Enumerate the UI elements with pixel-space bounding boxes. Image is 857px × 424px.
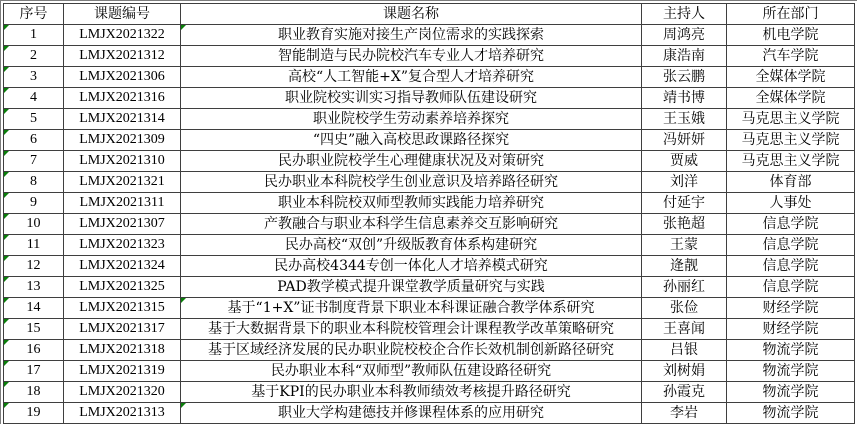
seq-cell-text: 19 — [27, 405, 41, 420]
seq-cell-text: 6 — [30, 132, 37, 147]
leader-cell[interactable]: 付延宇 — [642, 193, 727, 214]
cell-error-flag-icon — [4, 67, 9, 72]
dept-cell[interactable]: 全媒体学院 — [727, 67, 855, 88]
table-row: 13LMJX2021325PAD教学模式提升课堂教学质量研究与实践孙丽红信息学院 — [4, 277, 855, 298]
cell-error-flag-icon — [4, 193, 9, 198]
seq-cell[interactable]: 18 — [4, 382, 64, 403]
code-cell-text: LMJX2021320 — [79, 384, 165, 399]
leader-cell[interactable]: 康浩南 — [642, 46, 727, 67]
leader-cell[interactable]: 张俭 — [642, 298, 727, 319]
dept-cell[interactable]: 马克思主义学院 — [727, 109, 855, 130]
leader-cell-text: 康浩南 — [663, 48, 705, 64]
seq-cell[interactable]: 2 — [4, 46, 64, 67]
title-cell-text: 民办高校4344专创一体化人才培养模式研究 — [274, 258, 548, 274]
column-header-leader[interactable]: 主持人 — [642, 4, 727, 25]
title-cell-text: 智能制造与民办院校汽车专业人才培养研究 — [278, 48, 544, 64]
title-cell-text: 基于区域经济发展的民办职业院校校企合作长效机制创新路径研究 — [208, 342, 614, 358]
dept-cell-text: 物流学院 — [763, 384, 819, 400]
cell-error-flag-icon — [4, 151, 9, 156]
code-cell-text: LMJX2021306 — [79, 69, 165, 84]
title-cell[interactable]: PAD教学模式提升课堂教学质量研究与实践 — [181, 277, 642, 298]
code-cell-text: LMJX2021323 — [79, 237, 165, 252]
title-cell[interactable]: 职业大学构建德技并修课程体系的应用研究 — [181, 403, 642, 424]
title-cell-text: PAD教学模式提升课堂教学质量研究与实践 — [277, 279, 544, 295]
leader-cell-text: 逄靓 — [670, 258, 698, 274]
code-cell-text: LMJX2021309 — [79, 132, 165, 147]
code-cell-text: LMJX2021313 — [79, 405, 165, 420]
title-cell[interactable]: 智能制造与民办院校汽车专业人才培养研究 — [181, 46, 642, 67]
dept-cell[interactable]: 信息学院 — [727, 235, 855, 256]
dept-cell[interactable]: 汽车学院 — [727, 46, 855, 67]
seq-cell[interactable]: 6 — [4, 130, 64, 151]
table-row: 1LMJX2021322职业教育实施对接生产岗位需求的实践探索周鸿亮机电学院 — [4, 25, 855, 46]
seq-cell[interactable]: 14 — [4, 298, 64, 319]
code-cell[interactable]: LMJX2021310 — [64, 151, 181, 172]
dept-cell-text: 汽车学院 — [763, 48, 819, 64]
dept-cell-text: 信息学院 — [763, 216, 819, 232]
leader-cell[interactable]: 张艳超 — [642, 214, 727, 235]
code-cell[interactable]: LMJX2021316 — [64, 88, 181, 109]
title-cell[interactable]: 职业院校实训实习指导教师队伍建设研究 — [181, 88, 642, 109]
leader-cell-text: 孙丽红 — [663, 279, 705, 295]
title-cell-text: 民办职业本科“双师型”教师队伍建设路径研究 — [271, 363, 551, 379]
leader-cell-text: 王喜闻 — [663, 321, 705, 337]
table-row: 16LMJX2021318基于区域经济发展的民办职业院校校企合作长效机制创新路径… — [4, 340, 855, 361]
seq-cell-text: 18 — [27, 384, 41, 399]
cell-error-flag-icon — [4, 109, 9, 114]
title-cell[interactable]: 基于区域经济发展的民办职业院校校企合作长效机制创新路径研究 — [181, 340, 642, 361]
leader-cell[interactable]: 刘树娟 — [642, 361, 727, 382]
code-cell-text: LMJX2021310 — [79, 153, 165, 168]
title-cell[interactable]: 民办高校4344专创一体化人才培养模式研究 — [181, 256, 642, 277]
title-cell-text: 职业院校实训实习指导教师队伍建设研究 — [285, 90, 537, 106]
dept-cell[interactable]: 物流学院 — [727, 403, 855, 424]
leader-cell-text: 周鸿亮 — [663, 27, 705, 43]
seq-cell[interactable]: 9 — [4, 193, 64, 214]
table-row: 7LMJX2021310民办职业院校学生心理健康状况及对策研究贾威马克思主义学院 — [4, 151, 855, 172]
code-cell-text: LMJX2021315 — [79, 300, 165, 315]
dept-cell-text: 财经学院 — [763, 321, 819, 337]
leader-cell-text: 刘洋 — [670, 174, 698, 190]
code-cell[interactable]: LMJX2021313 — [64, 403, 181, 424]
title-cell[interactable]: 基于KPI的民办职业本科教师绩效考核提升路径研究 — [181, 382, 642, 403]
dept-cell[interactable]: 物流学院 — [727, 340, 855, 361]
seq-cell[interactable]: 5 — [4, 109, 64, 130]
dept-cell[interactable]: 马克思主义学院 — [727, 151, 855, 172]
seq-cell[interactable]: 13 — [4, 277, 64, 298]
title-cell[interactable]: 民办职业本科“双师型”教师队伍建设路径研究 — [181, 361, 642, 382]
code-cell-text: LMJX2021317 — [79, 321, 165, 336]
dept-cell-text: 信息学院 — [763, 258, 819, 274]
code-cell[interactable]: LMJX2021315 — [64, 298, 181, 319]
leader-cell-text: 贾威 — [670, 153, 698, 169]
seq-cell[interactable]: 19 — [4, 403, 64, 424]
title-cell-text: 职业本科院校双师型教师实践能力培养研究 — [278, 195, 544, 211]
code-cell[interactable]: LMJX2021309 — [64, 130, 181, 151]
table-row: 3LMJX2021306高校“人工智能+X”复合型人才培养研究张云鹏全媒体学院 — [4, 67, 855, 88]
cell-error-flag-icon — [4, 46, 9, 51]
dept-cell[interactable]: 信息学院 — [727, 214, 855, 235]
spreadsheet-view: 序号 课题编号 课题名称 主持人 所在部门 1LMJX2021322职业教育实施… — [0, 0, 857, 424]
code-cell[interactable]: LMJX2021322 — [64, 25, 181, 46]
dept-cell-text: 全媒体学院 — [756, 90, 826, 106]
leader-cell-text: 李岩 — [670, 405, 698, 421]
seq-cell-text: 7 — [30, 153, 37, 168]
code-cell[interactable]: LMJX2021311 — [64, 193, 181, 214]
seq-cell-text: 8 — [30, 174, 37, 189]
leader-cell[interactable]: 贾威 — [642, 151, 727, 172]
leader-cell[interactable]: 刘洋 — [642, 172, 727, 193]
code-cell-text: LMJX2021321 — [79, 174, 165, 189]
dept-cell-text: 马克思主义学院 — [742, 132, 840, 148]
table-row: 9LMJX2021311职业本科院校双师型教师实践能力培养研究付延宇人事处 — [4, 193, 855, 214]
dept-cell[interactable]: 财经学院 — [727, 298, 855, 319]
seq-cell-text: 2 — [30, 48, 37, 63]
title-cell[interactable]: 民办职业院校学生心理健康状况及对策研究 — [181, 151, 642, 172]
dept-cell-text: 信息学院 — [763, 279, 819, 295]
code-cell-text: LMJX2021312 — [79, 48, 165, 63]
code-cell[interactable]: LMJX2021307 — [64, 214, 181, 235]
title-cell-text: 高校“人工智能+X”复合型人才培养研究 — [288, 69, 534, 85]
table-row: 18LMJX2021320基于KPI的民办职业本科教师绩效考核提升路径研究孙霞克… — [4, 382, 855, 403]
title-cell[interactable]: 基于“1+X”证书制度背景下职业本科课证融合教学体系研究 — [181, 298, 642, 319]
seq-cell[interactable]: 4 — [4, 88, 64, 109]
leader-cell[interactable]: 张云鹏 — [642, 67, 727, 88]
dept-cell[interactable]: 机电学院 — [727, 25, 855, 46]
dept-cell-text: 机电学院 — [763, 27, 819, 43]
code-cell-text: LMJX2021319 — [79, 363, 165, 378]
seq-cell[interactable]: 8 — [4, 172, 64, 193]
table-row: 6LMJX2021309“四史”融入高校思政课路径探究冯妍妍马克思主义学院 — [4, 130, 855, 151]
leader-cell[interactable]: 王玉娥 — [642, 109, 727, 130]
seq-cell[interactable]: 7 — [4, 151, 64, 172]
seq-cell[interactable]: 15 — [4, 319, 64, 340]
seq-cell-text: 5 — [30, 111, 37, 126]
table-row: 17LMJX2021319民办职业本科“双师型”教师队伍建设路径研究刘树娟物流学… — [4, 361, 855, 382]
title-cell[interactable]: 民办高校“双创”升级版教育体系构建研究 — [181, 235, 642, 256]
title-cell-text: 基于大数据背景下的职业本科院校管理会计课程教学改革策略研究 — [208, 321, 614, 337]
title-cell-text: 职业教育实施对接生产岗位需求的实践探索 — [278, 27, 544, 43]
code-cell[interactable]: LMJX2021325 — [64, 277, 181, 298]
dept-cell-text: 体育部 — [770, 174, 812, 190]
leader-cell-text: 王玉娥 — [663, 111, 705, 127]
cell-error-flag-icon — [4, 25, 9, 30]
seq-cell-text: 1 — [30, 27, 37, 42]
title-cell-text: 职业大学构建德技并修课程体系的应用研究 — [278, 405, 544, 421]
dept-cell[interactable]: 信息学院 — [727, 277, 855, 298]
dept-cell-text: 全媒体学院 — [756, 69, 826, 85]
seq-cell[interactable]: 17 — [4, 361, 64, 382]
table-row: 15LMJX2021317基于大数据背景下的职业本科院校管理会计课程教学改革策略… — [4, 319, 855, 340]
title-cell-text: 民办职业本科院校学生创业意识及培养路径研究 — [264, 174, 558, 190]
seq-cell-text: 11 — [27, 237, 40, 252]
seq-cell-text: 16 — [27, 342, 41, 357]
dept-cell[interactable]: 马克思主义学院 — [727, 130, 855, 151]
code-cell[interactable]: LMJX2021321 — [64, 172, 181, 193]
cell-error-flag-icon — [4, 298, 9, 303]
cell-error-flag-icon — [4, 235, 9, 240]
dept-cell[interactable]: 信息学院 — [727, 256, 855, 277]
code-cell[interactable]: LMJX2021318 — [64, 340, 181, 361]
header-row: 序号 课题编号 课题名称 主持人 所在部门 — [4, 4, 855, 25]
leader-cell[interactable]: 靖书博 — [642, 88, 727, 109]
leader-cell[interactable]: 吕银 — [642, 340, 727, 361]
leader-cell-text: 张俭 — [670, 300, 698, 316]
seq-cell[interactable]: 11 — [4, 235, 64, 256]
table-row: 11LMJX2021323民办高校“双创”升级版教育体系构建研究王蒙信息学院 — [4, 235, 855, 256]
table-row: 12LMJX2021324民办高校4344专创一体化人才培养模式研究逄靓信息学院 — [4, 256, 855, 277]
seq-cell-text: 4 — [30, 90, 37, 105]
code-cell[interactable]: LMJX2021312 — [64, 46, 181, 67]
title-cell-text: “四史”融入高校思政课路径探究 — [313, 132, 509, 148]
dept-cell-text: 人事处 — [770, 195, 812, 211]
seq-cell[interactable]: 1 — [4, 25, 64, 46]
cell-error-flag-icon — [181, 25, 186, 30]
seq-cell[interactable]: 12 — [4, 256, 64, 277]
code-cell-text: LMJX2021325 — [79, 279, 165, 294]
seq-cell-text: 14 — [27, 300, 41, 315]
topics-table: 序号 课题编号 课题名称 主持人 所在部门 1LMJX2021322职业教育实施… — [3, 3, 855, 424]
cell-error-flag-icon — [181, 403, 186, 408]
dept-cell[interactable]: 人事处 — [727, 193, 855, 214]
table-row: 2LMJX2021312智能制造与民办院校汽车专业人才培养研究康浩南汽车学院 — [4, 46, 855, 67]
table-row: 4LMJX2021316职业院校实训实习指导教师队伍建设研究靖书博全媒体学院 — [4, 88, 855, 109]
title-cell[interactable]: 基于大数据背景下的职业本科院校管理会计课程教学改革策略研究 — [181, 319, 642, 340]
leader-cell-text: 刘树娟 — [663, 363, 705, 379]
leader-cell[interactable]: 周鸿亮 — [642, 25, 727, 46]
dept-cell-text: 物流学院 — [763, 405, 819, 421]
column-header-code[interactable]: 课题编号 — [64, 4, 181, 25]
leader-cell[interactable]: 冯妍妍 — [642, 130, 727, 151]
code-cell[interactable]: LMJX2021314 — [64, 109, 181, 130]
leader-cell-text: 靖书博 — [663, 90, 705, 106]
code-cell-text: LMJX2021318 — [79, 342, 165, 357]
cell-error-flag-icon — [4, 382, 9, 387]
title-cell-text: 民办职业院校学生心理健康状况及对策研究 — [278, 153, 544, 169]
table-row: 5LMJX2021314职业院校学生劳动素养培养探究王玉娥马克思主义学院 — [4, 109, 855, 130]
leader-cell-text: 张艳超 — [663, 216, 705, 232]
title-cell[interactable]: 民办职业本科院校学生创业意识及培养路径研究 — [181, 172, 642, 193]
dept-cell-text: 马克思主义学院 — [742, 153, 840, 169]
cell-error-flag-icon — [181, 298, 186, 303]
title-cell[interactable]: 职业院校学生劳动素养培养探究 — [181, 109, 642, 130]
cell-error-flag-icon — [4, 319, 9, 324]
cell-error-flag-icon — [4, 340, 9, 345]
seq-cell-text: 15 — [27, 321, 41, 336]
dept-cell-text: 财经学院 — [763, 300, 819, 316]
seq-cell-text: 13 — [27, 279, 41, 294]
table-row: 8LMJX2021321民办职业本科院校学生创业意识及培养路径研究刘洋体育部 — [4, 172, 855, 193]
leader-cell[interactable]: 逄靓 — [642, 256, 727, 277]
code-cell-text: LMJX2021311 — [79, 195, 164, 210]
title-cell[interactable]: “四史”融入高校思政课路径探究 — [181, 130, 642, 151]
cell-error-flag-icon — [4, 277, 9, 282]
seq-cell[interactable]: 10 — [4, 214, 64, 235]
leader-cell-text: 吕银 — [670, 342, 698, 358]
leader-cell-text: 张云鹏 — [663, 69, 705, 85]
code-cell[interactable]: LMJX2021323 — [64, 235, 181, 256]
leader-cell[interactable]: 王喜闻 — [642, 319, 727, 340]
dept-cell[interactable]: 财经学院 — [727, 319, 855, 340]
leader-cell-text: 冯妍妍 — [663, 132, 705, 148]
dept-cell-text: 信息学院 — [763, 237, 819, 253]
leader-cell[interactable]: 王蒙 — [642, 235, 727, 256]
cell-error-flag-icon — [4, 130, 9, 135]
column-header-seq[interactable]: 序号 — [4, 4, 64, 25]
cell-error-flag-icon — [4, 403, 9, 408]
leader-cell-text: 孙霞克 — [663, 384, 705, 400]
code-cell[interactable]: LMJX2021324 — [64, 256, 181, 277]
table-row: 19LMJX2021313职业大学构建德技并修课程体系的应用研究李岩物流学院 — [4, 403, 855, 424]
title-cell[interactable]: 产教融合与职业本科学生信息素养交互影响研究 — [181, 214, 642, 235]
column-header-title[interactable]: 课题名称 — [181, 4, 642, 25]
code-cell[interactable]: LMJX2021320 — [64, 382, 181, 403]
seq-cell-text: 3 — [30, 69, 37, 84]
table-row: 14LMJX2021315基于“1+X”证书制度背景下职业本科课证融合教学体系研… — [4, 298, 855, 319]
leader-cell[interactable]: 孙霞克 — [642, 382, 727, 403]
dept-cell-text: 物流学院 — [763, 363, 819, 379]
cell-error-flag-icon — [4, 172, 9, 177]
dept-cell-text: 马克思主义学院 — [742, 111, 840, 127]
seq-cell-text: 12 — [27, 258, 41, 273]
table-row: 10LMJX2021307产教融合与职业本科学生信息素养交互影响研究张艳超信息学… — [4, 214, 855, 235]
code-cell-text: LMJX2021322 — [79, 27, 165, 42]
dept-cell[interactable]: 物流学院 — [727, 382, 855, 403]
title-cell[interactable]: 职业教育实施对接生产岗位需求的实践探索 — [181, 25, 642, 46]
seq-cell[interactable]: 16 — [4, 340, 64, 361]
title-cell-text: 基于KPI的民办职业本科教师绩效考核提升路径研究 — [251, 384, 570, 400]
cell-error-flag-icon — [4, 361, 9, 366]
code-cell[interactable]: LMJX2021319 — [64, 361, 181, 382]
code-cell-text: LMJX2021314 — [79, 111, 165, 126]
seq-cell[interactable]: 3 — [4, 67, 64, 88]
code-cell-text: LMJX2021316 — [79, 90, 165, 105]
code-cell[interactable]: LMJX2021317 — [64, 319, 181, 340]
dept-cell[interactable]: 体育部 — [727, 172, 855, 193]
leader-cell[interactable]: 孙丽红 — [642, 277, 727, 298]
cell-error-flag-icon — [4, 256, 9, 261]
leader-cell[interactable]: 李岩 — [642, 403, 727, 424]
title-cell[interactable]: 职业本科院校双师型教师实践能力培养研究 — [181, 193, 642, 214]
seq-cell-text: 10 — [27, 216, 41, 231]
seq-cell-text: 9 — [30, 195, 37, 210]
cell-error-flag-icon — [4, 214, 9, 219]
title-cell-text: 产教融合与职业本科学生信息素养交互影响研究 — [264, 216, 558, 232]
title-cell-text: 民办高校“双创”升级版教育体系构建研究 — [285, 237, 537, 253]
title-cell[interactable]: 高校“人工智能+X”复合型人才培养研究 — [181, 67, 642, 88]
title-cell-text: 基于“1+X”证书制度背景下职业本科课证融合教学体系研究 — [228, 300, 595, 316]
leader-cell-text: 王蒙 — [670, 237, 698, 253]
seq-cell-text: 17 — [27, 363, 41, 378]
code-cell-text: LMJX2021324 — [79, 258, 165, 273]
leader-cell-text: 付延宇 — [663, 195, 705, 211]
code-cell-text: LMJX2021307 — [79, 216, 165, 231]
dept-cell-text: 物流学院 — [763, 342, 819, 358]
dept-cell[interactable]: 全媒体学院 — [727, 88, 855, 109]
column-header-dept[interactable]: 所在部门 — [727, 4, 855, 25]
dept-cell[interactable]: 物流学院 — [727, 361, 855, 382]
code-cell[interactable]: LMJX2021306 — [64, 67, 181, 88]
title-cell-text: 职业院校学生劳动素养培养探究 — [313, 111, 509, 127]
cell-error-flag-icon — [4, 88, 9, 93]
